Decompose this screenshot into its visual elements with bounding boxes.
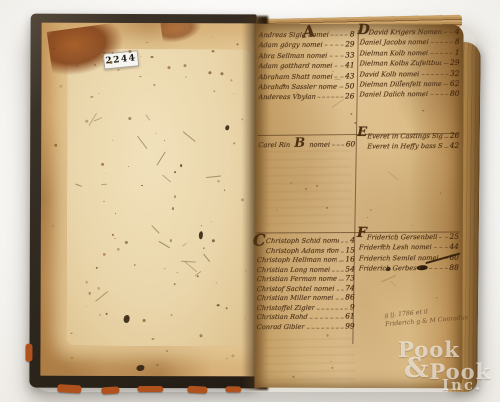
leather-tear-patch	[160, 23, 203, 44]
index-entry-row: Friderich Lesh nomei44	[359, 240, 459, 251]
watermark-ampersand: &	[404, 355, 428, 382]
auction-photo: 2244 AAndreas Sigle nomei8Adam görgy nom…	[0, 0, 500, 402]
paper-speck	[313, 270, 314, 271]
paper-speck	[52, 48, 54, 50]
leader-dashes	[335, 298, 343, 299]
show-through-text	[264, 333, 355, 380]
paper-speck	[350, 113, 352, 115]
paper-speck	[331, 367, 333, 369]
entry-page-number: 9	[350, 303, 355, 310]
leader-dashes	[439, 237, 447, 238]
entry-page-number: 41	[345, 62, 354, 69]
entry-page-number: 73	[345, 275, 354, 282]
paper-speck	[212, 239, 215, 242]
paper-speck	[233, 142, 235, 144]
paper-speck	[293, 376, 294, 377]
entry-name: Andereas Vbylan	[258, 94, 316, 101]
paper-speck	[440, 193, 442, 195]
leader-dashes	[430, 95, 448, 96]
paper-speck	[76, 65, 78, 67]
paper-speck	[226, 358, 227, 359]
entry-page-number: 26	[450, 132, 459, 139]
paper-speck	[168, 66, 171, 69]
paper-speck	[174, 195, 177, 198]
paper-speck	[180, 164, 183, 167]
entry-name: Everet in Heffy bass Second	[367, 143, 443, 150]
entry-name: Conrad Gibler	[256, 323, 305, 330]
entry-suffix: nomei	[309, 141, 330, 148]
paper-speck	[370, 209, 372, 211]
leader-dashes	[332, 270, 343, 271]
watermark-pook-and-pook: Pook & Pook Inc.	[396, 339, 491, 393]
entry-page-number: 80	[450, 90, 459, 97]
paper-speck	[201, 225, 202, 226]
paper-speck	[166, 350, 168, 352]
entry-page-number: 88	[449, 264, 458, 271]
leader-dashes	[421, 74, 448, 75]
ink-scribble	[381, 275, 396, 282]
paper-speck	[453, 288, 455, 290]
paper-speck	[164, 140, 165, 141]
paper-speck	[354, 60, 355, 61]
entry-page-number: 26	[345, 93, 354, 100]
entry-name: Dielman Kolbs Zufeltbuch	[359, 60, 442, 67]
paper-speck	[211, 36, 212, 37]
index-entry-row: Adam görgy nomei29	[259, 38, 355, 49]
index-entry-row: Andereas Vbylan26	[258, 90, 354, 101]
paper-speck	[54, 144, 57, 147]
leader-dashes	[318, 97, 343, 98]
paper-speck	[174, 172, 176, 174]
leader-dashes	[325, 45, 344, 46]
paper-speck	[382, 244, 384, 246]
paper-speck	[331, 361, 332, 362]
entry-name: Carel Rin	[258, 142, 291, 149]
leader-dashes	[329, 56, 343, 57]
paper-speck	[114, 237, 116, 239]
leader-dashes	[340, 251, 343, 252]
leader-dashes	[331, 35, 348, 36]
paper-speck	[128, 117, 131, 120]
leader-dashes	[339, 279, 343, 280]
leader-dashes	[341, 241, 348, 242]
index-entry-row: Carel RinBnomei60	[258, 137, 355, 148]
paper-speck	[215, 282, 216, 283]
paper-speck	[183, 64, 186, 67]
paper-speck	[142, 319, 145, 322]
entry-page-number: 61	[345, 313, 354, 320]
index-section-b: Carel RinBnomei60	[258, 138, 355, 149]
pastedown-center	[66, 49, 250, 347]
index-entry-row: Christian Ferman nomei73	[257, 272, 355, 282]
index-entry-row: Daniel Dalich nomei80	[359, 87, 459, 98]
index-entry-row: Daniel Jacobs nomei8	[360, 35, 460, 46]
leader-dashes	[317, 308, 348, 309]
index-entry-row: Dielman Kolbs Zufeltbuch29	[359, 56, 459, 67]
paper-speck	[283, 84, 285, 86]
index-entry-row: David Kolb nomei32	[359, 66, 459, 77]
show-through-text	[263, 145, 352, 224]
paper-speck	[109, 61, 112, 64]
paper-speck	[276, 210, 277, 211]
paper-speck	[237, 43, 239, 45]
paper-speck	[71, 357, 74, 360]
entry-page-number: 15	[345, 246, 354, 253]
handwritten-index-page: AAndreas Sigle nomei8Adam görgy nomei29A…	[254, 24, 463, 389]
entry-page-number: 74	[345, 284, 354, 291]
entry-name: Christoph Hellman nomei	[257, 256, 338, 263]
entry-page-number: 29	[450, 59, 459, 66]
leader-dashes	[307, 327, 343, 328]
paper-speck	[220, 73, 223, 76]
entry-page-number: 54	[345, 265, 354, 272]
entry-name: Christian Miller nomei	[256, 294, 333, 301]
ink-scribble	[387, 171, 398, 180]
index-section-f: FFriderich Gersenbell25Friderich Lesh no…	[359, 230, 459, 272]
inside-front-cover: 2244	[29, 14, 256, 389]
entry-page-number: 44	[449, 243, 458, 250]
paper-speck	[85, 281, 87, 283]
index-entry-row: Christian Rohd61	[257, 310, 355, 320]
worn-leather-chip	[57, 384, 81, 393]
paper-speck	[301, 328, 302, 329]
worn-leather-chip	[225, 386, 241, 392]
paper-speck	[152, 338, 154, 340]
index-section-d: DDavid Krigers Nomen4Daniel Jacobs nomei…	[359, 25, 459, 98]
paper-speck	[177, 272, 178, 273]
index-entry-row: Adam gotthard nomei41	[258, 59, 354, 70]
paper-speck	[112, 52, 114, 54]
paper-speck	[367, 217, 368, 218]
index-section-c: CChristoph Schid nomei4Christoph Adams n…	[257, 235, 355, 330]
worn-leather-chip	[101, 386, 119, 394]
leader-dashes	[310, 317, 344, 318]
index-section-e: EEveret in Castings Sigbad26Everet in He…	[359, 130, 459, 150]
leader-dashes	[445, 137, 448, 138]
index-section-a: AAndreas Sigle nomei8Adam görgy nomei29A…	[258, 28, 354, 101]
paper-speck	[156, 364, 158, 366]
entry-page-number: 60	[346, 140, 355, 147]
paper-speck	[268, 226, 269, 227]
index-entry-row: Everet in Castings Sigbad26	[359, 130, 459, 140]
paper-speck	[55, 95, 56, 96]
worn-leather-chip	[137, 386, 163, 392]
paper-speck	[125, 241, 128, 244]
leader-dashes	[443, 84, 448, 85]
paper-speck	[51, 225, 53, 227]
paper-speck	[59, 84, 62, 87]
entry-name: Daniel Dalich nomei	[359, 91, 428, 98]
entry-name: Adam gotthard nomei	[258, 62, 332, 69]
paper-speck	[363, 38, 364, 39]
leader-dashes	[339, 260, 343, 261]
paper-speck	[436, 297, 438, 299]
entry-page-number: 99	[345, 322, 354, 329]
paper-speck	[326, 334, 328, 336]
leader-dashes	[339, 87, 343, 88]
paper-speck	[423, 110, 424, 111]
entry-page-number: 43	[345, 72, 354, 79]
paper-speck	[394, 44, 395, 45]
paper-speck	[147, 42, 148, 43]
paper-speck	[354, 122, 356, 124]
index-entry-row: Friderich Gerbes88	[359, 261, 459, 272]
leader-dashes	[337, 289, 344, 290]
leader-dashes	[444, 63, 449, 64]
paper-speck	[151, 56, 154, 59]
paper-speck	[173, 283, 175, 285]
index-entry-row: Conrad Gibler99	[257, 320, 355, 330]
index-entry-row: Everet in Heffy bass Second42	[359, 140, 459, 150]
entry-name: Christian Rohd	[256, 314, 308, 321]
section-letter: B	[294, 140, 305, 148]
pastedown-page: 2244	[40, 23, 256, 377]
paper-speck	[213, 90, 215, 92]
entry-page-number: 86	[345, 294, 354, 301]
paper-speck	[290, 182, 292, 184]
paper-speck	[412, 225, 413, 226]
paper-speck	[231, 354, 234, 357]
paper-speck	[305, 188, 307, 190]
ink-scribble	[335, 79, 341, 80]
paper-speck	[200, 334, 203, 337]
paper-speck	[217, 304, 220, 307]
leader-dashes	[334, 66, 343, 67]
ink-scribble	[390, 281, 396, 286]
index-entry-row: Christoph Schid nomei4	[257, 234, 355, 244]
entry-page-number: 4	[350, 237, 355, 244]
entry-page-number: 32	[450, 69, 459, 76]
leader-dashes	[444, 32, 453, 33]
worn-leather-chip	[25, 344, 32, 362]
entry-page-number: 42	[450, 142, 459, 149]
paper-speck	[326, 207, 328, 209]
entry-page-number: 8	[455, 38, 460, 45]
worn-leather-chip	[187, 386, 207, 394]
entry-page-number: 29	[345, 41, 354, 48]
paper-speck	[316, 184, 318, 186]
index-entry-row: Christoph Hellman nomei16	[257, 253, 355, 263]
leader-dashes	[434, 248, 448, 249]
entry-page-number: 16	[345, 256, 354, 263]
entry-name: Christian Ferman nomei	[256, 275, 337, 282]
leader-dashes	[430, 53, 453, 54]
leader-dashes	[335, 77, 343, 78]
index-entry-row: Christian Miller nomei86	[257, 291, 355, 301]
ink-blot	[136, 365, 144, 371]
paper-speck	[101, 162, 104, 165]
leader-dashes	[431, 43, 453, 44]
leader-dashes	[445, 146, 448, 147]
leader-dashes	[332, 145, 344, 146]
paper-speck	[329, 248, 331, 250]
paper-speck	[71, 332, 73, 334]
paper-speck	[118, 69, 120, 71]
entry-name: Christoph Schid nomei	[266, 237, 340, 244]
paper-speck	[85, 120, 87, 122]
